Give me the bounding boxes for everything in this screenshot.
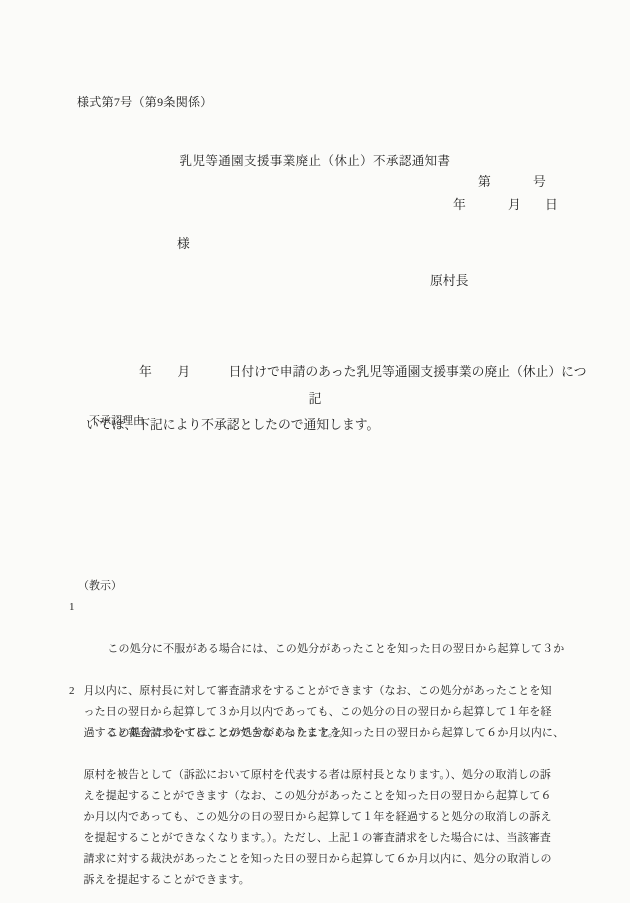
instruction-line-text: この処分に不服がある場合には、この処分があったことを知った日の翌日から起算して３… — [107, 643, 564, 655]
date-day-label: 日 — [545, 198, 558, 214]
instructions-heading: （教示） — [78, 580, 122, 594]
instruction-line-text: この処分については、この処分があったことを知った日の翌日から起算して６か月以内に… — [107, 727, 564, 739]
instruction-line: 2 この処分については、この処分があったことを知った日の翌日から起算して６か月以… — [69, 681, 569, 765]
date-year-label: 年 — [453, 198, 466, 214]
instruction-line: を提起することができなくなります。）。ただし、上記１の審査請求をした場合には、当… — [69, 828, 569, 849]
body-line: いては、下記により不承認としたので通知します。 — [86, 415, 572, 436]
document-title: 乳児等通園支援事業廃止（休止）不承認通知書 — [0, 154, 630, 170]
instruction-line: 請求に対する裁決があったことを知った日の翌日から起算して６か月以内に、処分の取消… — [69, 849, 569, 870]
instruction-line: 1 この処分に不服がある場合には、この処分があったことを知った日の翌日から起算し… — [69, 597, 569, 681]
instruction-line: えを提起することができます（なお、この処分があったことを知った日の翌日から起算し… — [69, 786, 569, 807]
instruction-item-number: 1 — [69, 597, 75, 618]
instruction-item-2: 2 この処分については、この処分があったことを知った日の翌日から起算して６か月以… — [69, 681, 569, 891]
date-month-label: 月 — [508, 198, 521, 214]
form-number-label: 様式第7号（第9条関係） — [77, 95, 213, 110]
record-marker: 記 — [0, 392, 630, 408]
addressee-honorific: 様 — [177, 237, 190, 253]
sender-name: 原村長 — [430, 274, 468, 290]
instruction-line: 原村を被告として（訴訟において原村を代表する者は原村長となります。）、処分の取消… — [69, 765, 569, 786]
instruction-item-number: 2 — [69, 681, 75, 702]
document-page: 様式第7号（第9条関係） 乳児等通園支援事業廃止（休止）不承認通知書 第 号 年… — [0, 0, 630, 903]
instruction-line: か月以内であっても、この処分の日の翌日から起算して１年を経過すると処分の取消しの… — [69, 807, 569, 828]
doc-number-prefix: 第 — [478, 175, 491, 191]
instruction-line: 訴えを提起することができます。 — [69, 870, 569, 891]
doc-number-suffix: 号 — [533, 175, 546, 191]
body-line: 年 月 日付けで申請のあった乳児等通園支援事業の廃止（休止）につ — [86, 362, 572, 383]
reason-label: 不承認理由 — [89, 415, 144, 429]
